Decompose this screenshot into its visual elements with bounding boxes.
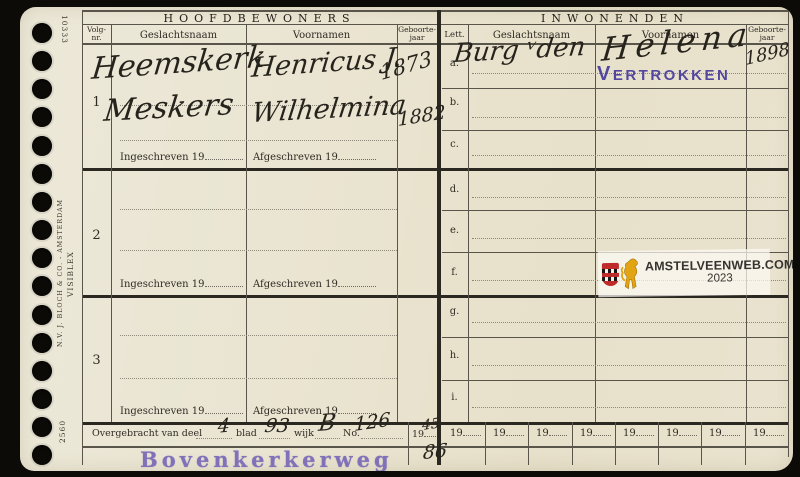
rule-line [205, 405, 243, 414]
rule-line [658, 422, 659, 465]
firstnames-handwritten-2: Wilhelmina [250, 90, 408, 129]
letter-e: e. [441, 225, 468, 236]
rule-line [595, 24, 596, 422]
rule-line [408, 422, 409, 465]
rule-line [788, 10, 789, 457]
rule-line [549, 427, 567, 436]
letter-i: i. [441, 392, 468, 403]
surname-handwritten-a: Burg ᵛden [452, 32, 587, 69]
row-number-2: 2 [82, 228, 111, 243]
rule-line [338, 278, 376, 287]
rule-line [259, 438, 290, 439]
year-cell-7: 19 [709, 427, 740, 439]
rule-line [442, 337, 788, 338]
year-text: 19 [536, 428, 549, 439]
punch-hole [32, 107, 52, 127]
punch-hole [32, 361, 52, 381]
rule-line [120, 209, 397, 210]
rule-line [746, 24, 747, 422]
rule-line [472, 365, 786, 366]
volgnr-line2: nr. [92, 33, 102, 42]
rule-line [679, 427, 697, 436]
year-cell-3: 19 [536, 427, 567, 439]
row-number-3: 3 [82, 353, 111, 368]
rule-line [572, 422, 573, 465]
column-header-geslachtsnaam-left: Geslachtsnaam [111, 30, 246, 41]
rule-line [472, 238, 786, 239]
column-header-voornamen-left: Voornamen [246, 30, 397, 41]
label-text: Ingeschreven 19 [120, 152, 205, 163]
afgeschreven-label-row1: Afgeschreven 19 [253, 151, 376, 163]
rule-line [485, 422, 486, 465]
surname-handwritten-1: Heemskerk [90, 40, 267, 87]
rule-line [468, 24, 469, 422]
column-header-geboortejaar-left: Geboorte- jaar [397, 26, 437, 42]
rule-line [120, 140, 397, 141]
surname-handwritten-2: Meskers [102, 87, 236, 129]
rule-line [701, 422, 702, 465]
rule-line [442, 130, 788, 131]
rule-line [615, 422, 616, 465]
year-cell-6: 19 [666, 427, 697, 439]
rule-line [722, 427, 740, 436]
year-cell-2: 19 [493, 427, 524, 439]
year-text: 19 [450, 428, 463, 439]
punch-hole [32, 136, 52, 156]
rule-line [196, 438, 232, 439]
letter-c: c. [441, 139, 468, 150]
year-text: 19 [623, 428, 636, 439]
rule-line [766, 427, 784, 436]
year-cell-8: 19 [753, 427, 784, 439]
letter-f: f. [441, 267, 468, 278]
year-value-handwritten: 45 [422, 415, 440, 434]
rule-line [745, 422, 746, 465]
stock-number-bottom: 2560 [58, 411, 67, 443]
stock-number-top: 10333 [60, 15, 69, 61]
punch-hole [32, 276, 52, 296]
year-text: 19 [666, 428, 679, 439]
rule-line [442, 210, 788, 211]
wijk-label: wijk [294, 428, 314, 439]
left-section-title: HOOFDBEWONERS [82, 12, 437, 25]
vertrokken-stamp: VERTROKKEN [597, 63, 730, 86]
watermark-year-text: 2023 [645, 271, 793, 286]
watermark-site-text: AMSTELVEENWEB.COM [645, 258, 793, 273]
rule-line [246, 24, 247, 422]
rule-line [442, 88, 788, 89]
ingeschreven-label-row2: Ingeschreven 19 [120, 278, 243, 290]
geboortejaar-line2: jaar [410, 33, 425, 42]
rule-line [442, 380, 788, 381]
rule-line [361, 438, 403, 439]
street-name-stamp: Bovenkerkerweg [140, 447, 350, 471]
year-text: 19 [580, 428, 593, 439]
rule-line [205, 151, 243, 160]
punch-hole [32, 23, 52, 43]
label-text: Afgeschreven 19 [253, 279, 338, 290]
amstelveen-coat-of-arms-icon [602, 262, 619, 285]
deel-value-handwritten: 4 [217, 414, 231, 438]
rule-line [120, 335, 397, 336]
year-text: 19 [493, 428, 506, 439]
punch-hole [32, 192, 52, 212]
rule-line [472, 117, 786, 118]
year-text: 19 [709, 428, 722, 439]
rule-line [472, 197, 786, 198]
year-cell-5: 19 [623, 427, 654, 439]
punch-hole [32, 445, 52, 465]
rule-line [120, 250, 397, 251]
rule-line [636, 427, 654, 436]
letter-d: d. [441, 184, 468, 195]
blad-label: blad [236, 428, 257, 439]
amstelveenweb-watermark: AMSTELVEENWEB.COM 2023 [598, 249, 771, 297]
register-card: 10333 VISIBLEX N.V. J. BLOCH & CO. - AMS… [20, 7, 793, 471]
no-value-handwritten: 126 [354, 409, 391, 436]
label-text: Afgeschreven 19 [253, 152, 338, 163]
rule-line [205, 278, 243, 287]
punch-hole [32, 305, 52, 325]
blad-value-handwritten: 93 [263, 415, 291, 437]
rule-line [338, 151, 376, 160]
year-cell-4: 19 [580, 427, 611, 439]
punch-hole [32, 164, 52, 184]
rule-line [528, 422, 529, 465]
geboortejaar-line2: jaar [760, 33, 775, 42]
rule-line [315, 438, 340, 439]
label-text: Ingeschreven 19 [120, 406, 205, 417]
column-header-volgnr: Volg- nr. [82, 26, 111, 42]
rule-line [472, 322, 786, 323]
rule-line [506, 427, 524, 436]
afgeschreven-label-row2: Afgeschreven 19 [253, 278, 376, 290]
rule-line [82, 168, 788, 171]
overgebracht-label: Overgebracht van deel [92, 428, 202, 439]
rule-line [472, 155, 786, 156]
year-text: 19 [753, 428, 766, 439]
rule-line [472, 407, 786, 408]
letter-g: g. [441, 306, 468, 317]
punch-hole [32, 79, 52, 99]
punch-hole [32, 389, 52, 409]
year-cell-1: 19 [450, 427, 481, 439]
punch-hole [32, 248, 52, 268]
maker-vertical-text: N.V. J. BLOCH & CO. - AMSTERDAM [57, 235, 64, 347]
rule-line [593, 427, 611, 436]
label-text: Ingeschreven 19 [120, 279, 205, 290]
scanned-register-card-page: 10333 VISIBLEX N.V. J. BLOCH & CO. - AMS… [0, 0, 800, 477]
punch-hole [32, 417, 52, 437]
rule-line [397, 24, 398, 422]
letter-h: h. [441, 350, 468, 361]
house-number-handwritten: 86 [422, 440, 448, 464]
ingeschreven-label-row1: Ingeschreven 19 [120, 151, 243, 163]
rule-line [463, 427, 481, 436]
wijk-value-handwritten: B [317, 409, 338, 437]
punch-hole [32, 333, 52, 353]
brand-vertical-text: VISIBLEX [66, 235, 75, 297]
lion-icon [620, 257, 642, 291]
rule-line [120, 378, 397, 379]
punch-hole [32, 51, 52, 71]
punch-hole [32, 220, 52, 240]
